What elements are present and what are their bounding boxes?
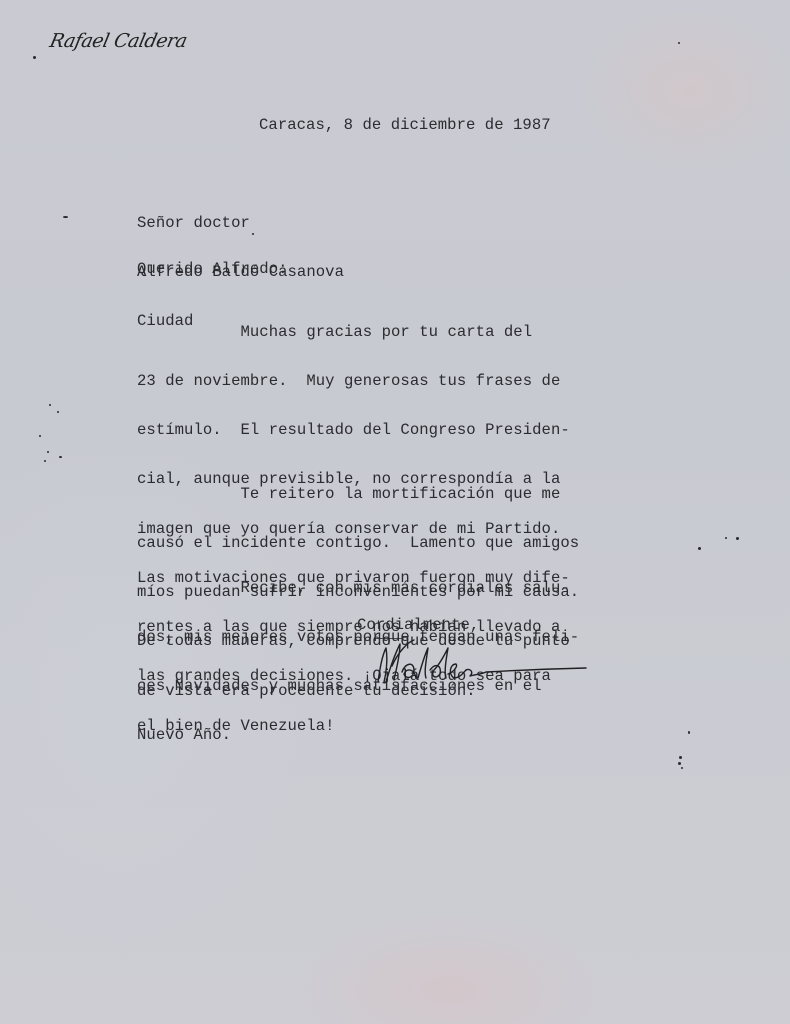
paragraph-line: Te reitero la mortificación que me (137, 486, 579, 502)
paper-speck (39, 435, 41, 437)
paper-speck (63, 216, 68, 218)
paper-speck (678, 762, 681, 765)
paper-speck (33, 56, 36, 59)
paper-speck (679, 756, 682, 759)
paper-speck (698, 547, 701, 550)
paper-speck (252, 233, 254, 235)
paper-speck (49, 404, 51, 406)
paper-speck (47, 451, 49, 453)
paper-speck (725, 537, 727, 539)
paper-speck (44, 460, 46, 462)
letterhead-name: Rafael Caldera (48, 30, 189, 52)
closing: Cordialmente, (357, 617, 479, 633)
place-date: Caracas, 8 de diciembre de 1987 (259, 117, 551, 133)
salutation: Querido Alfredo: (137, 261, 288, 277)
paper-speck (736, 537, 739, 540)
addressee-title: Señor doctor (137, 215, 344, 231)
paragraph-line: Recibe, con mis más cordiales salu- (137, 580, 579, 596)
paragraph-line: estímulo. El resultado del Congreso Pres… (137, 422, 570, 438)
paragraph-line: Nuevo Año. (137, 727, 579, 743)
paper-speck (688, 731, 690, 734)
handwritten-signature (374, 638, 588, 686)
paper-speck (681, 767, 683, 769)
paper-speck (57, 411, 59, 413)
paper-speck (678, 42, 680, 44)
paragraph-line: Muchas gracias por tu carta del (137, 324, 570, 340)
paragraph-line: 23 de noviembre. Muy generosas tus frase… (137, 373, 570, 389)
paper-speck (59, 456, 62, 458)
